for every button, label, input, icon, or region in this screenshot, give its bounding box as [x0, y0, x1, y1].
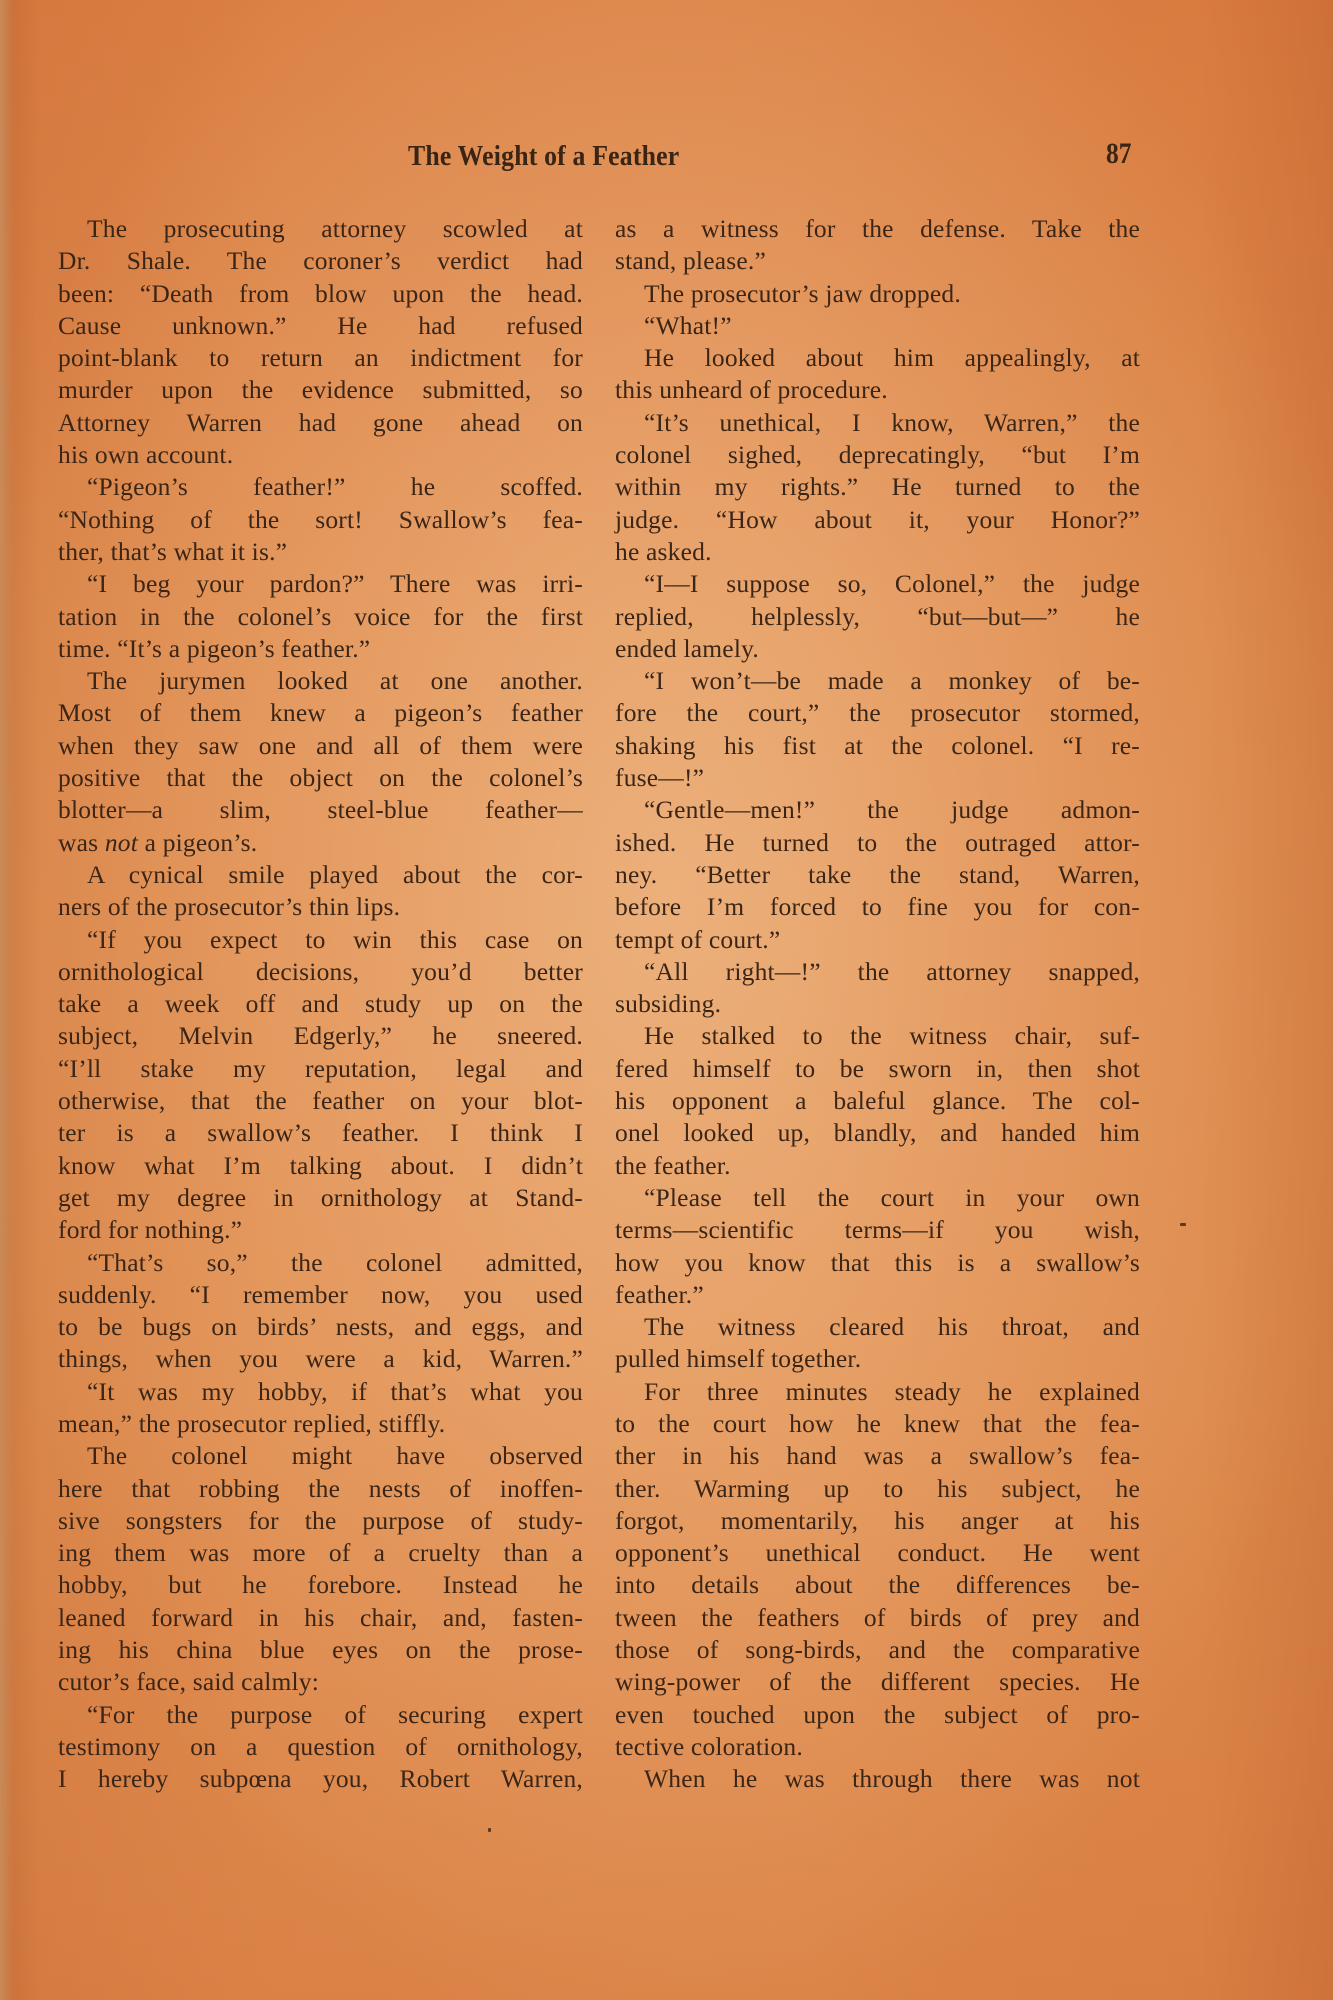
text-line: leaned forward in his chair, and, fasten… — [58, 1602, 583, 1634]
text-line: within my rights.” He turned to the — [615, 471, 1140, 503]
text-line: Most of them knew a pigeon’s feather — [58, 697, 583, 729]
text-line: point-blank to return an indictment for — [58, 342, 583, 374]
text-line: Cause unknown.” He had refused — [58, 310, 583, 342]
print-speck — [488, 1828, 491, 1832]
text-line: “It’s unethical, I know, Warren,” the — [615, 407, 1140, 439]
text-line: murder upon the evidence submitted, so — [58, 374, 583, 406]
print-speck — [1180, 1223, 1186, 1226]
text-line: been: “Death from blow upon the head. — [58, 278, 583, 310]
text-line: I hereby subpœna you, Robert Warren, — [58, 1763, 583, 1795]
text-line: “All right—!” the attorney snapped, — [615, 956, 1140, 988]
text-line: otherwise, that the feather on your blot… — [58, 1085, 583, 1117]
text-line: colonel sighed, deprecatingly, “but I’m — [615, 439, 1140, 471]
text-line: “For the purpose of securing expert — [58, 1699, 583, 1731]
text-line: tween the feathers of birds of prey and — [615, 1602, 1140, 1634]
text-line: to the court how he knew that the fea- — [615, 1408, 1140, 1440]
text-line: “Please tell the court in your own — [615, 1182, 1140, 1214]
text-line: opponent’s unethical conduct. He went — [615, 1537, 1140, 1569]
text-line: For three minutes steady he explained — [615, 1376, 1140, 1408]
text-line: forgot, momentarily, his anger at his — [615, 1505, 1140, 1537]
text-line: A cynical smile played about the cor- — [58, 859, 583, 891]
book-page: The Weight of a Feather 87 The prosecuti… — [0, 0, 1333, 2000]
text-line: was not a pigeon’s. — [58, 827, 583, 859]
text-line: ing them was more of a cruelty than a — [58, 1537, 583, 1569]
text-fragment: was — [58, 828, 98, 857]
page-gutter-shadow — [0, 0, 14, 2000]
text-line: subsiding. — [615, 988, 1140, 1020]
text-line: ter is a swallow’s feather. I think I — [58, 1117, 583, 1149]
text-line: blotter—a slim, steel-blue feather— — [58, 794, 583, 826]
text-line: “I beg your pardon?” There was irri- — [58, 568, 583, 600]
text-line: his own account. — [58, 439, 583, 471]
text-line: things, when you were a kid, Warren.” — [58, 1343, 583, 1375]
text-line: The prosecuting attorney scowled at — [58, 213, 583, 245]
text-line: “I won’t—be made a monkey of be- — [615, 665, 1140, 697]
text-line: tective coloration. — [615, 1731, 1140, 1763]
text-line: to be bugs on birds’ nests, and eggs, an… — [58, 1311, 583, 1343]
text-line: ther, that’s what it is.” — [58, 536, 583, 568]
text-line: cutor’s face, said calmly: — [58, 1666, 583, 1698]
text-line: feather.” — [615, 1279, 1140, 1311]
text-line: onel looked up, blandly, and handed him — [615, 1117, 1140, 1149]
text-line: here that robbing the nests of inoffen- — [58, 1473, 583, 1505]
text-line: subject, Melvin Edgerly,” he sneered. — [58, 1020, 583, 1052]
text-line: when they saw one and all of them were — [58, 730, 583, 762]
text-line: even touched upon the subject of pro- — [615, 1699, 1140, 1731]
text-line: terms—scientific terms—if you wish, — [615, 1214, 1140, 1246]
text-line: “Nothing of the sort! Swallow’s fea- — [58, 504, 583, 536]
text-line: “That’s so,” the colonel admitted, — [58, 1247, 583, 1279]
text-line: fuse—!” — [615, 762, 1140, 794]
text-line: “Pigeon’s feather!” he scoffed. — [58, 471, 583, 503]
text-line: his opponent a baleful glance. The col- — [615, 1085, 1140, 1117]
text-fragment: a pigeon’s. — [138, 828, 257, 857]
text-line: ney. “Better take the stand, Warren, — [615, 859, 1140, 891]
text-line: pulled himself together. — [615, 1343, 1140, 1375]
text-line: ing his china blue eyes on the prose- — [58, 1634, 583, 1666]
text-line: this unheard of procedure. — [615, 374, 1140, 406]
text-line: “What!” — [615, 310, 1140, 342]
text-line: The witness cleared his throat, and — [615, 1311, 1140, 1343]
text-line: fered himself to be sworn in, then shot — [615, 1053, 1140, 1085]
emphasized-word: not — [105, 828, 138, 857]
text-line: judge. “How about it, your Honor?” — [615, 504, 1140, 536]
text-line: take a week off and study up on the — [58, 988, 583, 1020]
text-line: “Gentle—men!” the judge admon- — [615, 794, 1140, 826]
text-line: fore the court,” the prosecutor stormed, — [615, 697, 1140, 729]
text-line: ished. He turned to the outraged attor- — [615, 827, 1140, 859]
text-line: time. “It’s a pigeon’s feather.” — [58, 633, 583, 665]
text-line: “I—I suppose so, Colonel,” the judge — [615, 568, 1140, 600]
text-line: shaking his fist at the colonel. “I re- — [615, 730, 1140, 762]
text-line: stand, please.” — [615, 245, 1140, 277]
text-line: into details about the differences be- — [615, 1569, 1140, 1601]
text-line: “I’ll stake my reputation, legal and — [58, 1053, 583, 1085]
running-header: The Weight of a Feather 87 — [0, 141, 1333, 181]
text-line: “If you expect to win this case on — [58, 924, 583, 956]
text-line: get my degree in ornithology at Stand- — [58, 1182, 583, 1214]
text-line: know what I’m talking about. I didn’t — [58, 1150, 583, 1182]
text-line: positive that the object on the colonel’… — [58, 762, 583, 794]
text-line: the feather. — [615, 1150, 1140, 1182]
text-line: ther. Warming up to his subject, he — [615, 1473, 1140, 1505]
text-line: how you know that this is a swallow’s — [615, 1247, 1140, 1279]
text-line: ther in his hand was a swallow’s fea- — [615, 1440, 1140, 1472]
text-line: as a witness for the defense. Take the — [615, 213, 1140, 245]
text-line: testimony on a question of ornithology, — [58, 1731, 583, 1763]
left-text-column: The prosecuting attorney scowled atDr. S… — [58, 213, 583, 1796]
text-line: When he was through there was not — [615, 1763, 1140, 1795]
text-line: ford for nothing.” — [58, 1214, 583, 1246]
text-line: ornithological decisions, you’d better — [58, 956, 583, 988]
text-line: mean,” the prosecutor replied, stiffly. — [58, 1408, 583, 1440]
text-line: “It was my hobby, if that’s what you — [58, 1376, 583, 1408]
text-line: wing-power of the different species. He — [615, 1666, 1140, 1698]
text-line: ners of the prosecutor’s thin lips. — [58, 891, 583, 923]
text-line: tation in the colonel’s voice for the fi… — [58, 601, 583, 633]
text-line: hobby, but he forebore. Instead he — [58, 1569, 583, 1601]
text-line: Attorney Warren had gone ahead on — [58, 407, 583, 439]
text-line: ended lamely. — [615, 633, 1140, 665]
text-line: The jurymen looked at one another. — [58, 665, 583, 697]
running-title: The Weight of a Feather — [408, 141, 679, 173]
text-line: The prosecutor’s jaw dropped. — [615, 278, 1140, 310]
text-line: replied, helplessly, “but—but—” he — [615, 601, 1140, 633]
text-line: The colonel might have observed — [58, 1440, 583, 1472]
page-number: 87 — [1106, 137, 1132, 171]
text-line: He stalked to the witness chair, suf- — [615, 1020, 1140, 1052]
text-line: sive songsters for the purpose of study- — [58, 1505, 583, 1537]
text-line: Dr. Shale. The coroner’s verdict had — [58, 245, 583, 277]
text-line: those of song-birds, and the comparative — [615, 1634, 1140, 1666]
text-line: tempt of court.” — [615, 924, 1140, 956]
text-line: he asked. — [615, 536, 1140, 568]
text-line: suddenly. “I remember now, you used — [58, 1279, 583, 1311]
text-line: before I’m forced to fine you for con- — [615, 891, 1140, 923]
text-line: He looked about him appealingly, at — [615, 342, 1140, 374]
right-text-column: as a witness for the defense. Take thest… — [615, 213, 1140, 1796]
